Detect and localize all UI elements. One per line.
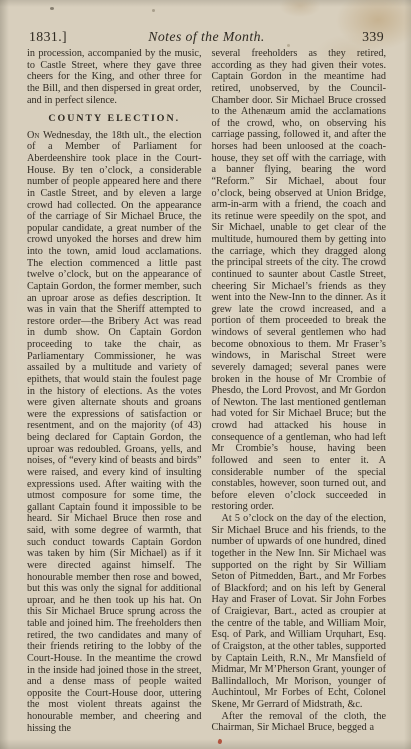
right-column: several freeholders as they retired, acc…	[212, 48, 387, 747]
dinner-paragraph: At 5 o’clock on the day of the election,…	[212, 513, 387, 711]
header-year: 1831.]	[29, 29, 67, 45]
paragraph-body: Wednesday, the 18th ult., the election o…	[27, 130, 202, 734]
section-heading: COUNTY ELECTION.	[27, 113, 202, 125]
header-page-number: 339	[362, 29, 384, 45]
paper-speck	[50, 7, 54, 10]
paper-speck	[152, 9, 155, 12]
closing-paragraph: After the removal of the cloth, the Chai…	[212, 711, 387, 734]
running-header: 1831.] Notes of the Month. 339	[29, 29, 384, 46]
left-column: in procession, accompanied by the music,…	[27, 48, 202, 747]
continuation-paragraph: in procession, accompanied by the music,…	[27, 48, 202, 106]
header-title: Notes of the Month.	[148, 29, 264, 45]
continuation-paragraph: several freeholders as they retired, acc…	[212, 48, 387, 513]
paragraph-lead-word: On	[27, 130, 39, 141]
scanned-page: 1831.] Notes of the Month. 339 in proces…	[0, 0, 411, 749]
election-paragraph: On Wednesday, the 18th ult., the electio…	[27, 130, 202, 735]
text-columns: in procession, accompanied by the music,…	[27, 48, 386, 747]
